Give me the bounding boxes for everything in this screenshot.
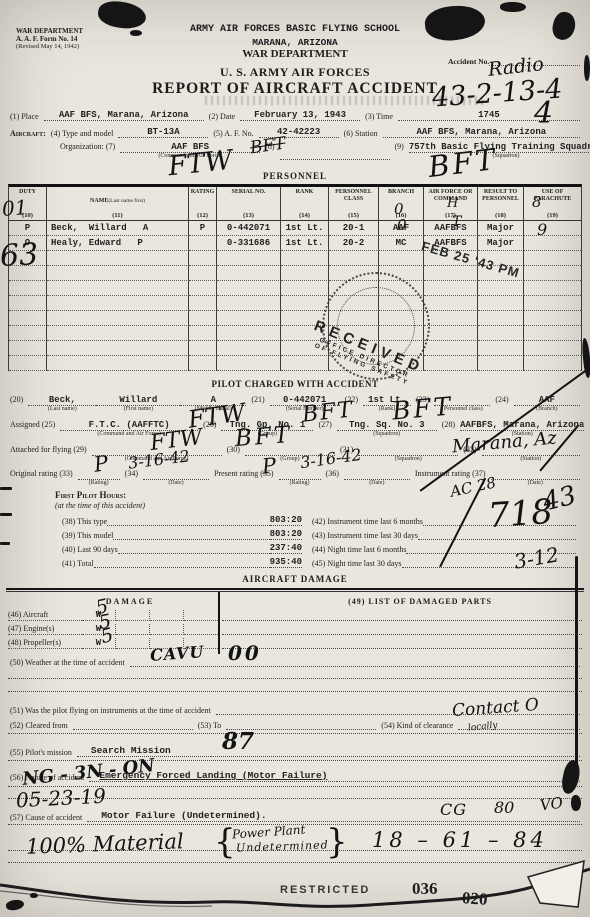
- handwritten-margin-63: 63: [0, 237, 39, 274]
- date-label: (2) Date: [209, 112, 235, 121]
- dotted-rule: [8, 678, 582, 679]
- war-department-heading: WAR DEPARTMENT: [130, 48, 460, 60]
- personnel-empty-row: [9, 356, 581, 371]
- pilot-last-name: Beck,: [49, 395, 76, 405]
- hours-title: First Pilot Hours:: [55, 490, 126, 500]
- page-fold-corner: [528, 861, 584, 907]
- col-result: Result to Personnel: [479, 189, 522, 202]
- col-branch: Branch: [388, 189, 414, 196]
- pilot-first-name: Willard: [119, 395, 157, 405]
- handwritten-43: 43: [540, 480, 579, 517]
- pilot-name-line: (20) Beck,(Last name) Willard(First name…: [10, 394, 580, 413]
- personnel-empty-row: [9, 296, 581, 311]
- aircraft-label: Aircraft:: [10, 129, 46, 138]
- handwritten-80: 80: [494, 798, 514, 817]
- handwritten-cg: CG: [440, 800, 467, 819]
- personnel-row-healy: O Healy, Edward P 0-331686 1st Lt. 20-2 …: [9, 236, 581, 251]
- handwritten-locally: locally: [468, 720, 498, 733]
- hours-total: 935:40: [270, 557, 302, 568]
- ink-blob: [584, 55, 590, 81]
- weather-line: (50) Weather at the time of accident: [10, 655, 580, 667]
- ink-blob: [560, 759, 583, 796]
- af-no-label: (5) A. F. No.: [213, 129, 253, 138]
- dotted-rule: [222, 620, 582, 621]
- hours-row-41: (41) Total 935:40: [62, 556, 302, 568]
- place-label: (1) Place: [10, 112, 39, 121]
- ink-blob: [423, 3, 486, 43]
- handwritten-margin-01: 01: [1, 195, 28, 221]
- section-rule: [6, 588, 584, 590]
- handwritten-class-mark-2: 0: [397, 216, 407, 234]
- ink-blob: [500, 2, 526, 12]
- handwritten-four: 4: [534, 96, 553, 131]
- col-name: Name: [90, 198, 108, 204]
- personnel-empty-row: [9, 341, 581, 356]
- handwritten-branch-mark-2: T: [452, 214, 461, 230]
- date-value: February 13, 1943: [254, 110, 346, 120]
- mission-line: (55) Pilot's mission Search Mission: [10, 745, 580, 757]
- handwritten-undetermined: Undetermined: [236, 838, 329, 854]
- dotted-rule: [8, 691, 582, 692]
- handwritten-00: 00: [228, 641, 262, 665]
- personnel-table: Duty(10) Name(Last name first)(11) Ratin…: [8, 184, 582, 371]
- col-rank: Rank: [296, 189, 314, 196]
- station-label: (6) Station: [344, 129, 378, 138]
- handwritten-cavu: CAVU: [149, 642, 205, 665]
- ink-blob: [571, 795, 581, 811]
- hours-row-39: (39) This model 803:20: [62, 528, 302, 540]
- handwritten-cause-numbers: 18 – 61 – 84: [372, 828, 548, 852]
- station-value: AAF BFS, Marana, Arizona: [417, 127, 547, 137]
- dotted-rule: [222, 634, 582, 635]
- hours-this-type: 803:20: [270, 515, 302, 526]
- handwritten-brace-close: }: [326, 822, 348, 862]
- aircraft-line: Aircraft: (4) Type and model BT-13A (5) …: [10, 126, 580, 138]
- personnel-empty-row: [9, 326, 581, 341]
- hours-this-model: 803:20: [270, 529, 302, 540]
- assigned-station: AAFBFS, Marana, Arizona: [460, 420, 584, 430]
- handwritten-bft-30: BFT: [234, 422, 293, 452]
- personnel-section-title: PERSONNEL: [0, 171, 590, 181]
- margin-dash: [0, 487, 12, 490]
- service-heading: U. S. ARMY AIR FORCES: [130, 65, 460, 80]
- damage-divider: [218, 592, 220, 654]
- school-location: MARANA, ARIZONA: [130, 37, 460, 48]
- personnel-header-row: Duty(10) Name(Last name first)(11) Ratin…: [9, 187, 581, 221]
- hours-row-40: (40) Last 90 days 237:40: [62, 542, 302, 554]
- damage-column-header: DAMAGE: [60, 597, 200, 606]
- field-9-label: (9): [395, 142, 404, 151]
- col-serial: Serial No.: [231, 189, 265, 196]
- margin-dash: [0, 513, 12, 516]
- damage-row-aircraft: (46) Aircraft W: [8, 610, 218, 621]
- place-date-time-line: (1) Place AAF BFS, Marana, Arizona (2) D…: [10, 109, 580, 121]
- place-value: AAF BFS, Marana, Arizona: [59, 110, 189, 120]
- accident-no-label: Accident No.: [448, 57, 489, 66]
- handwritten-bft-27: BFT: [391, 391, 455, 425]
- section-rule: [6, 591, 584, 592]
- organization-line: Organization: (7) AAF BFS (Command and A…: [60, 141, 580, 160]
- handwritten-result-mark-2: 9: [537, 220, 547, 239]
- cause-value: Motor Failure (Undetermined).: [87, 810, 280, 822]
- handwritten-branch-mark-1: H: [447, 196, 458, 211]
- col-rating: Rating: [191, 189, 215, 196]
- ink-blob: [130, 30, 142, 36]
- ink-blob: [550, 10, 578, 43]
- scan-edge-mark: [575, 556, 578, 772]
- page-title: REPORT OF AIRCRAFT ACCIDENT: [110, 80, 480, 98]
- time-value: 1745: [478, 110, 500, 120]
- hours-subtitle: (at the time of this accident): [55, 501, 145, 510]
- torn-edge-graphic: [0, 855, 590, 917]
- hours-last-90: 237:40: [270, 543, 302, 554]
- hours-row-38: (38) This type 803:20: [62, 514, 302, 526]
- personnel-empty-row: [9, 311, 581, 326]
- school-name: ARMY AIR FORCES BASIC FLYING SCHOOL: [130, 24, 460, 35]
- handwritten-present-rating: P: [261, 453, 278, 478]
- handwritten-vo: VO: [539, 793, 564, 814]
- personnel-row-beck: P Beck, Willard A P 0-442071 1st Lt. 20-…: [9, 221, 581, 236]
- organization-label: Organization: (7): [60, 142, 115, 151]
- time-label: (3) Time: [365, 112, 393, 121]
- margin-dash: [0, 542, 10, 545]
- handwritten-87: 87: [222, 728, 254, 755]
- assigned-command: F.T.C. (AAFFTC): [89, 420, 170, 430]
- dotted-rule: [8, 733, 582, 734]
- dotted-rule: [222, 648, 582, 649]
- damaged-parts-header: (49) LIST OF DAMAGED PARTS: [300, 597, 540, 606]
- damage-row-engines: (47) Engine(s) W: [8, 624, 218, 635]
- scanned-accident-report-page: WAR DEPARTMENT A. A. F. Form No. 14 (Rev…: [0, 0, 590, 917]
- handwritten-nature-code2: 05-23-19: [15, 784, 106, 813]
- type-value: BT-13A: [147, 127, 179, 137]
- pilot-section-title: PILOT CHARGED WITH ACCIDENT: [0, 379, 590, 389]
- handwritten-result-mark-1: 8: [532, 193, 542, 211]
- col-personnel-class: Personnel Class: [330, 189, 377, 202]
- type-label: (4) Type and model: [51, 129, 114, 138]
- personnel-empty-row: [9, 281, 581, 296]
- damage-section-title: AIRCRAFT DAMAGE: [0, 574, 590, 584]
